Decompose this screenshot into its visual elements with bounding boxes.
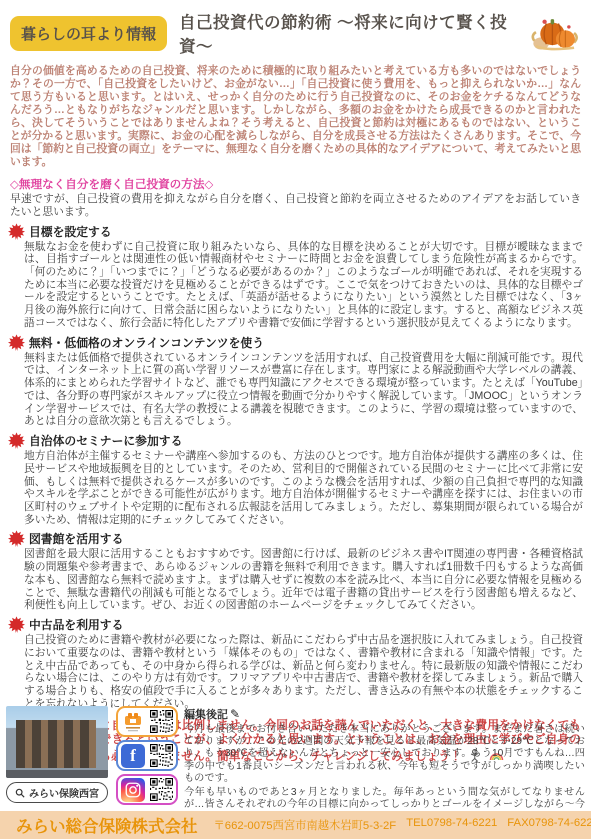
maple-leaf-icon <box>8 223 25 240</box>
section-set-goals: 目標を設定する 無駄なお金を使わずに自己投資に取り組みたいなら、具体的な目標を決… <box>8 223 583 330</box>
company-name: みらい総合保険株式会社 <box>16 813 198 837</box>
facebook-qr-box[interactable]: f <box>116 740 178 771</box>
photo-column: みらい保険西宮 <box>6 706 110 824</box>
corner-badge: 暮らしの耳より情報 <box>10 16 167 51</box>
pencil-icon: ✎ <box>230 707 240 721</box>
section-title: 中古品を利用する <box>29 616 123 633</box>
section-online-content: 無料・低価格のオンラインコンテンツを使う 無料または低価格で提供されているオンラ… <box>8 334 583 428</box>
page-title: 自己投資代の節約術 〜将来に向けて賢く投資〜 <box>179 9 517 57</box>
section-title: 自治体のセミナーに参加する <box>29 432 182 449</box>
newsletter-page: 暮らしの耳より情報 自己投資代の節約術 〜将来に向けて賢く投資〜 自分の価値を高… <box>0 0 591 839</box>
maple-leaf-icon <box>8 334 25 351</box>
section-body: 無料または低価格で提供されているオンラインコンテンツを活用すれば、自己投資費用を… <box>24 352 583 428</box>
school-logo-icon <box>121 710 145 734</box>
section-library: 図書館を活用する 図書館を最大限に活用することもおすすめです。図書館に行けば、最… <box>8 530 583 612</box>
section-body: 図書館を最大限に活用することもおすすめです。図書館に行けば、最新のビジネス書やI… <box>24 548 583 612</box>
search-text: みらい保険西宮 <box>29 785 99 800</box>
school-qr-box[interactable] <box>116 706 178 737</box>
facebook-icon: f <box>121 744 145 768</box>
section-body: 自己投資のために書籍や教材が必要になった際は、新品にこだわらず中古品を選択肢に入… <box>24 634 583 710</box>
header: 暮らしの耳より情報 自己投資代の節約術 〜将来に向けて賢く投資〜 <box>0 0 591 60</box>
section-body: 地方自治体が主催するセミナーや講座へ参加するのも、方法のひとつです。地方自治体が… <box>24 450 583 526</box>
bottom-strip: みらい保険西宮 <box>6 706 585 824</box>
qr-column: f <box>116 706 178 824</box>
section-title: 図書館を活用する <box>29 530 123 547</box>
editor-note-title-text: 編集後記 <box>184 706 228 722</box>
method-lead: 早速ですが、自己投資の費用を抑えながら自分を磨く、自己投資と節約を両立させるため… <box>10 193 581 219</box>
qr-code-icon <box>150 710 173 733</box>
editor-note-title: 編集後記 ✎ <box>184 706 585 722</box>
editor-note-p1: 今月も最後までお付き合いいただき本当にありがとうございます。まだまだ暑さは続いて… <box>184 724 585 785</box>
company-contact: 〒662-0075西宮市南越木岩町5-3-2F TEL0798-74-6221 … <box>214 817 591 833</box>
office-photo <box>6 706 108 778</box>
maple-leaf-icon <box>8 530 25 547</box>
section-title: 無料・低価格のオンラインコンテンツを使う <box>29 334 264 351</box>
pumpkin-icon <box>529 14 581 52</box>
qr-code-icon <box>150 744 173 767</box>
search-icon <box>15 788 25 798</box>
footer-bar: みらい総合保険株式会社 〒662-0075西宮市南越木岩町5-3-2F TEL0… <box>0 811 591 839</box>
road <box>6 770 108 778</box>
office-building <box>16 720 96 768</box>
section-title: 目標を設定する <box>29 223 112 240</box>
intro-paragraph: 自分の価値を高めるための自己投資、将来のために積極的に取り組みたいと考えている方… <box>10 65 581 169</box>
section-municipal-seminar: 自治体のセミナーに参加する 地方自治体が主催するセミナーや講座へ参加するのも、方… <box>8 432 583 526</box>
editor-note: 編集後記 ✎ 今月も最後までお付き合いいただき本当にありがとうございます。まだま… <box>184 706 585 824</box>
instagram-qr-box[interactable] <box>116 774 178 805</box>
company-fax: FAX0798-74-6222 <box>507 817 591 833</box>
section-body: 無駄なお金を使わずに自己投資に取り組みたいなら、具体的な目標を決めることが大切で… <box>24 241 583 330</box>
qr-code-icon <box>150 778 173 801</box>
search-pill[interactable]: みらい保険西宮 <box>6 782 108 803</box>
company-address: 〒662-0075西宮市南越木岩町5-3-2F <box>214 817 397 833</box>
maple-leaf-icon <box>8 616 25 633</box>
instagram-icon <box>121 778 145 802</box>
maple-leaf-icon <box>8 432 25 449</box>
method-heading: ◇無理なく自分を磨く自己投資の方法◇ <box>10 176 581 192</box>
section-secondhand: 中古品を利用する 自己投資のために書籍や教材が必要になった際は、新品にこだわらず… <box>8 616 583 710</box>
company-tel: TEL0798-74-6221 <box>406 817 497 833</box>
